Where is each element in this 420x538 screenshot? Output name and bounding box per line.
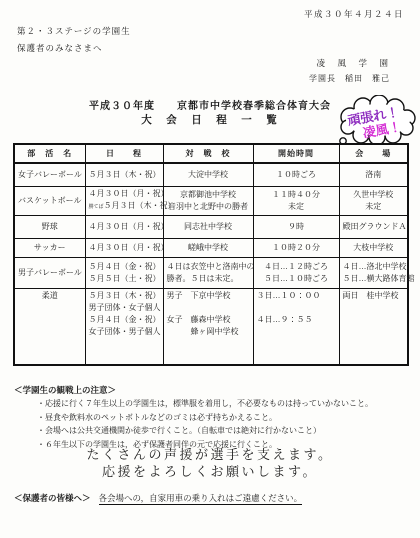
table-cell: ３日…１０：００ ４日…９：５５ bbox=[253, 288, 339, 365]
cell-line: 久世中学校 bbox=[343, 189, 405, 201]
cell-line: 同志社中学校 bbox=[167, 221, 250, 233]
addressee-line-1: 第２・３ステージの学園生 bbox=[17, 25, 131, 37]
notes-list: 応援に行く７年生以上の学園生は，標準服を着用し，不必要なものは持っていかないこと… bbox=[37, 397, 373, 451]
cell-line: 勝てば５月３日（木・祝） bbox=[89, 200, 160, 213]
cell-line: ５月３日（木・祝） bbox=[89, 169, 160, 181]
column-header: 開始時間 bbox=[253, 144, 339, 163]
cell-line: １０時ごろ bbox=[257, 169, 336, 181]
column-header: 会 場 bbox=[339, 144, 408, 163]
table-cell: ５月４日（金・祝）５月５日（土・祝） bbox=[85, 257, 163, 288]
column-header: 対 戦 校 bbox=[163, 144, 253, 163]
cell-line: 音羽中と北野中の勝者 bbox=[167, 201, 250, 213]
cell-line: 京都御池中学校 bbox=[167, 189, 250, 201]
table-cell: 野球 bbox=[14, 215, 85, 238]
cell-line: ９時 bbox=[257, 221, 336, 233]
note-item: 応援に行く７年生以上の学園生は，標準服を着用し，不必要なものは持っていかないこと… bbox=[37, 397, 373, 411]
cell-line: ４月３０日（月・祝） bbox=[89, 242, 160, 254]
table-cell: 嵯峨中学校 bbox=[163, 238, 253, 257]
column-header: 日 程 bbox=[85, 144, 163, 163]
cell-line: １０時２０分 bbox=[257, 242, 336, 254]
table-cell: 京都御池中学校音羽中と北野中の勝者 bbox=[163, 186, 253, 215]
note-item: 昼食や飲料水のペットボトルなどのゴミは必ず持ちかえること。 bbox=[37, 411, 373, 425]
school-name: 凌 風 学 園 bbox=[316, 57, 390, 69]
parents-notice-label: ＜保護者の皆様へ＞ bbox=[14, 493, 91, 503]
table-cell: ４月３０日（月・祝）勝てば５月３日（木・祝） bbox=[85, 186, 163, 215]
cell-line: ４日…１２時ごろ bbox=[257, 261, 336, 273]
table-cell: 大淀中学校 bbox=[163, 163, 253, 186]
document-page: 平成３０年４月２４日 第２・３ステージの学園生 保護者のみなさまへ 凌 風 学 … bbox=[0, 0, 420, 538]
cell-line: ４日は衣笠中と洛南中の bbox=[167, 261, 250, 273]
cell-line: 大枝中学校 bbox=[343, 242, 405, 254]
cell-line: 洛南 bbox=[343, 169, 405, 181]
principal-name: 学園長 稲田 雅己 bbox=[309, 73, 390, 84]
cell-line: 大淀中学校 bbox=[167, 169, 250, 181]
note-item: 会場へは公共交通機関か徒歩で行くこと。（自転車では絶対に行かないこと） bbox=[37, 424, 373, 438]
table-cell: 男子バレーボール bbox=[14, 257, 85, 288]
cell-line: 未定 bbox=[343, 201, 405, 213]
table-cell: ４月３０日（月・祝） bbox=[85, 215, 163, 238]
table-cell: 女子バレーボール bbox=[14, 163, 85, 186]
table-cell: １０時ごろ bbox=[253, 163, 339, 186]
cell-line bbox=[257, 302, 336, 314]
addressee-line-2: 保護者のみなさまへ bbox=[17, 42, 103, 54]
cell-line bbox=[167, 302, 250, 314]
cell-line: 嵯峨中学校 bbox=[167, 242, 250, 254]
cheer-speech-bubble: 頑張れ！ 凌風！ bbox=[334, 95, 420, 149]
table-cell: 柔道 bbox=[14, 288, 85, 365]
column-header: 部 活 名 bbox=[14, 144, 85, 163]
table-cell: ５月３日（木・祝）男子団体・女子個人５月４日（金・祝）女子団体・男子個人 bbox=[85, 288, 163, 365]
cell-line: 野球 bbox=[18, 221, 82, 233]
cheer-message-line-2: 応援をよろしくお願いします。 bbox=[0, 461, 420, 480]
table-row: 柔道５月３日（木・祝）男子団体・女子個人５月４日（金・祝）女子団体・男子個人男子… bbox=[14, 288, 408, 365]
cell-line: 勝者。５日は未定。 bbox=[167, 273, 250, 285]
cell-line: ５月４日（金・祝） bbox=[89, 261, 160, 273]
cell-line: ５月３日（木・祝） bbox=[89, 290, 160, 302]
table-row: 男子バレーボール５月４日（金・祝）５月５日（土・祝）４日は衣笠中と洛南中の勝者。… bbox=[14, 257, 408, 288]
table-cell: ４日…１２時ごろ５日…１０時ごろ bbox=[253, 257, 339, 288]
cell-line: 女子バレーボール bbox=[18, 169, 82, 181]
table-cell: 両日 桂中学校 bbox=[339, 288, 408, 365]
cell-line: ４日…９：５５ bbox=[257, 314, 336, 326]
notes-heading: ＜学園生の観戦上の注意＞ bbox=[14, 384, 116, 396]
table-cell: ９時 bbox=[253, 215, 339, 238]
parents-notice-text: 各会場への，自家用車の乗り入れはご遠慮ください。 bbox=[99, 493, 303, 505]
cell-line: ３日…１０：００ bbox=[257, 290, 336, 302]
cell-line: 女子 藤森中学校 bbox=[167, 314, 250, 326]
table-row: 女子バレーボール５月３日（木・祝）大淀中学校１０時ごろ洛南 bbox=[14, 163, 408, 186]
cell-line: 男子 下京中学校 bbox=[167, 290, 250, 302]
cell-line: 未定 bbox=[257, 201, 336, 213]
table-row: サッカー４月３０日（月・祝）嵯峨中学校１０時２０分大枝中学校 bbox=[14, 238, 408, 257]
table-cell: 同志社中学校 bbox=[163, 215, 253, 238]
cell-line: バスケットボール bbox=[18, 195, 82, 207]
table-cell: 殿田グラウンドＡ bbox=[339, 215, 408, 238]
cell-line: ５日…１０時ごろ bbox=[257, 273, 336, 285]
cell-line: ５月５日（土・祝） bbox=[89, 273, 160, 285]
table-cell: ４日…洛北中学校５日…横大路体育館 bbox=[339, 257, 408, 288]
schedule-table: 部 活 名日 程対 戦 校開始時間会 場 女子バレーボール５月３日（木・祝）大淀… bbox=[13, 143, 409, 366]
cell-line: サッカー bbox=[18, 242, 82, 254]
table-cell: ５月３日（木・祝） bbox=[85, 163, 163, 186]
table-cell: ４月３０日（月・祝） bbox=[85, 238, 163, 257]
table-cell: 久世中学校未定 bbox=[339, 186, 408, 215]
cell-line: 蜂ヶ岡中学校 bbox=[167, 326, 250, 338]
table-cell: 大枝中学校 bbox=[339, 238, 408, 257]
cell-line: １１時４０分 bbox=[257, 189, 336, 201]
cell-line: 殿田グラウンドＡ bbox=[343, 221, 405, 233]
parents-notice: ＜保護者の皆様へ＞各会場への，自家用車の乗り入れはご遠慮ください。 bbox=[14, 492, 302, 504]
cell-line: ５月４日（金・祝） bbox=[89, 314, 160, 326]
table-row: バスケットボール４月３０日（月・祝）勝てば５月３日（木・祝）京都御池中学校音羽中… bbox=[14, 186, 408, 215]
table-row: 野球４月３０日（月・祝）同志社中学校９時殿田グラウンドＡ bbox=[14, 215, 408, 238]
table-cell: １１時４０分未定 bbox=[253, 186, 339, 215]
table-cell: サッカー bbox=[14, 238, 85, 257]
cell-line: ５日…横大路体育館 bbox=[343, 273, 405, 285]
cell-line: 男子バレーボール bbox=[18, 267, 82, 279]
cell-line: 柔道 bbox=[18, 290, 82, 302]
cell-line: 男子団体・女子個人 bbox=[89, 302, 160, 314]
cell-line: ４月３０日（月・祝） bbox=[89, 221, 160, 233]
table-cell: バスケットボール bbox=[14, 186, 85, 215]
table-cell: １０時２０分 bbox=[253, 238, 339, 257]
table-header-row: 部 活 名日 程対 戦 校開始時間会 場 bbox=[14, 144, 408, 163]
cell-line: ４日…洛北中学校 bbox=[343, 261, 405, 273]
cell-line: ４月３０日（月・祝） bbox=[89, 188, 160, 200]
cell-line: 女子団体・男子個人 bbox=[89, 326, 160, 338]
table-cell: ４日は衣笠中と洛南中の勝者。５日は未定。 bbox=[163, 257, 253, 288]
cell-line: 両日 桂中学校 bbox=[343, 290, 405, 302]
small-note: 勝てば bbox=[89, 204, 104, 210]
table-cell: 洛南 bbox=[339, 163, 408, 186]
table-cell: 男子 下京中学校 女子 藤森中学校 蜂ヶ岡中学校 bbox=[163, 288, 253, 365]
document-date: 平成３０年４月２４日 bbox=[304, 8, 404, 20]
